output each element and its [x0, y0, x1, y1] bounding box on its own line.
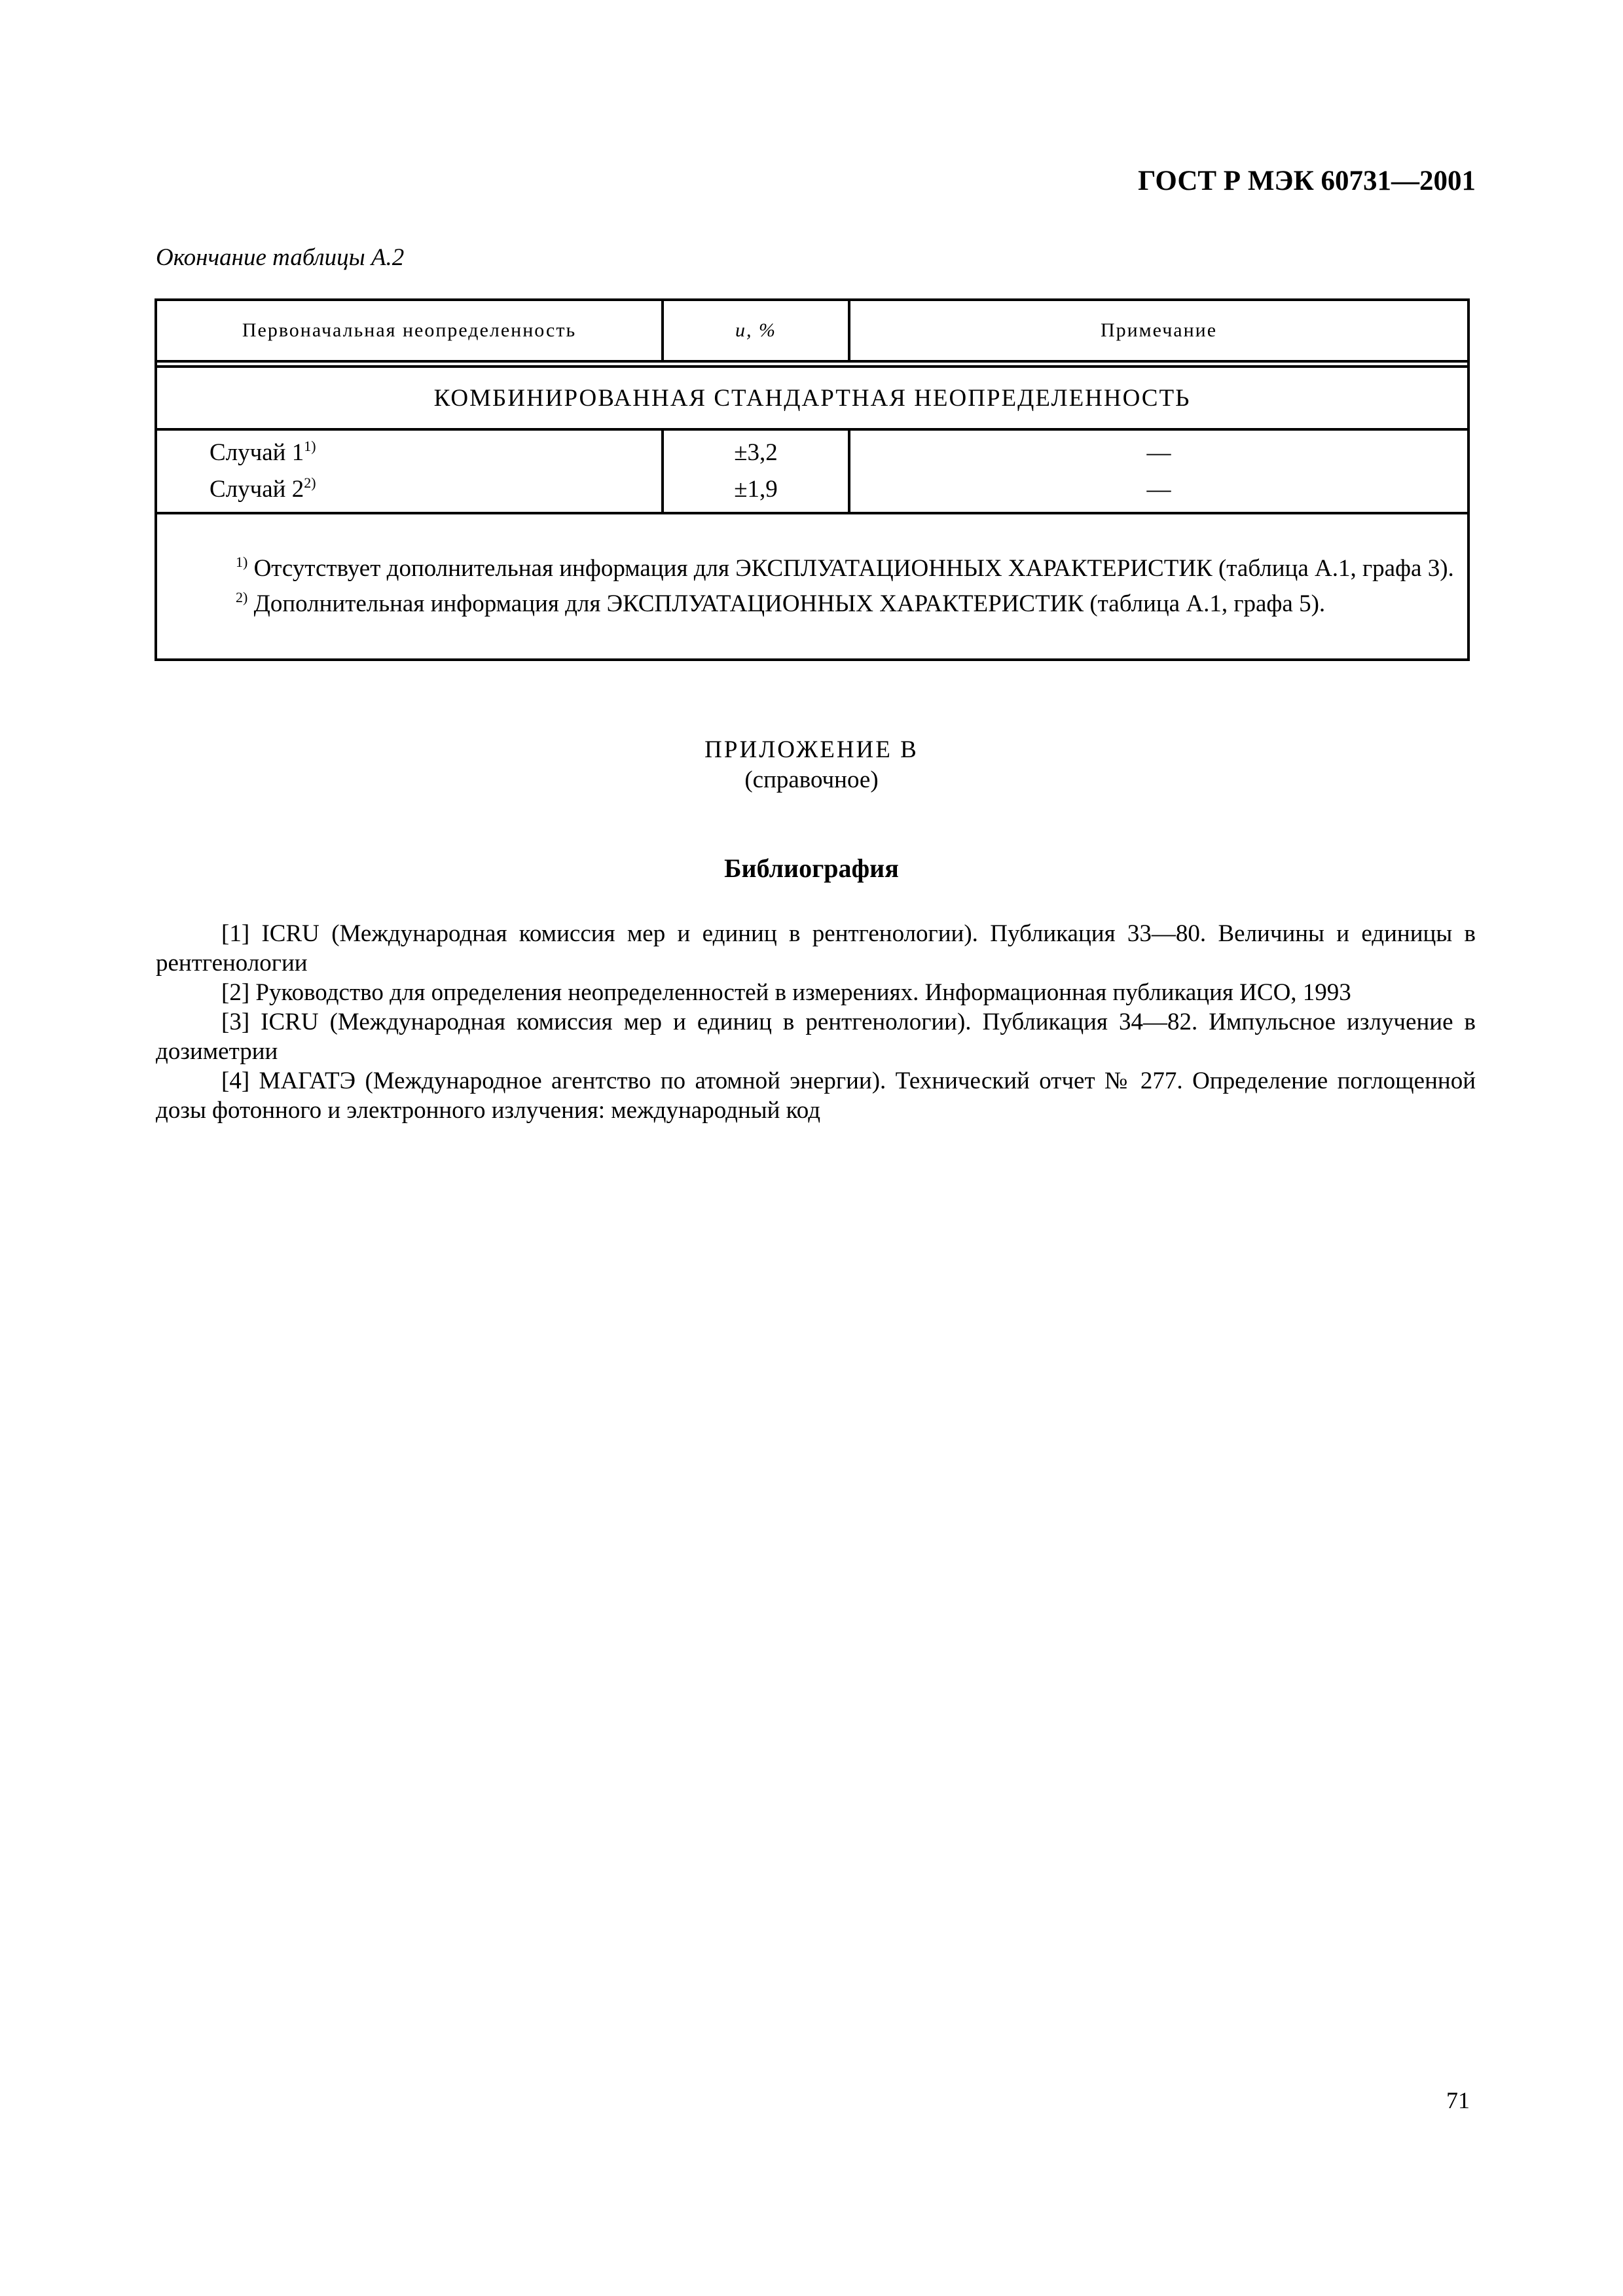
table-row-case-1: Случай 11): [210, 435, 661, 471]
column-header-u-percent: u, %: [663, 300, 849, 361]
footnote-2: 2) Дополнительная информация для ЭКСПЛУА…: [157, 586, 1467, 622]
header-double-rule: [156, 361, 1468, 367]
bibliography-list: [1] ICRU (Международная комиссия мер и е…: [156, 919, 1476, 1125]
note-value: —: [850, 435, 1467, 471]
combined-uncertainty-title: КОМБИНИРОВАННАЯ СТАНДАРТНАЯ НЕОПРЕДЕЛЕНН…: [156, 367, 1468, 429]
case-label: Случай 1: [210, 439, 304, 466]
footnote-mark: 2): [236, 589, 247, 605]
bibliography-heading: Библиография: [0, 853, 1623, 884]
u-value-cell: ±3,2 ±1,9: [663, 429, 849, 513]
uncertainty-table: Первоначальная неопределенность u, % При…: [155, 298, 1470, 661]
footnote-text: Отсутствует дополнительная информация дл…: [254, 555, 1454, 582]
table-footnotes-row: 1) Отсутствует дополнительная информация…: [156, 513, 1468, 660]
footnote-mark: 1): [304, 438, 316, 454]
footnote-text: Дополнительная информация для ЭКСПЛУАТАЦ…: [254, 590, 1326, 617]
bibliography-item: [2] Руководство для определения неопреде…: [156, 978, 1476, 1007]
footnote-1: 1) Отсутствует дополнительная информация…: [157, 551, 1467, 586]
table-caption: Окончание таблицы А.2: [156, 243, 404, 272]
section-title-row: КОМБИНИРОВАННАЯ СТАНДАРТНАЯ НЕОПРЕДЕЛЕНН…: [156, 367, 1468, 429]
table-header-row: Первоначальная неопределенность u, % При…: [156, 300, 1468, 361]
table-data-row: Случай 11) Случай 22) ±3,2 ±1,9 — —: [156, 429, 1468, 513]
note-cell: — —: [849, 429, 1468, 513]
bibliography-item: [1] ICRU (Международная комиссия мер и е…: [156, 919, 1476, 978]
annex-subtitle: (справочное): [0, 766, 1623, 794]
page-number: 71: [1446, 2087, 1470, 2114]
footnote-mark: 2): [304, 475, 316, 491]
bibliography-item: [3] ICRU (Международная комиссия мер и е…: [156, 1007, 1476, 1066]
case-label: Случай 2: [210, 476, 304, 503]
note-value: —: [850, 471, 1467, 508]
annex-title: ПРИЛОЖЕНИЕ В: [0, 736, 1623, 764]
table-row-case-2: Случай 22): [210, 471, 661, 508]
document-code-header: ГОСТ Р МЭК 60731—2001: [1138, 165, 1476, 197]
bibliography-item: [4] МАГАТЭ (Международное агентство по а…: [156, 1066, 1476, 1125]
footnotes-cell: 1) Отсутствует дополнительная информация…: [156, 513, 1468, 660]
u-value: ±3,2: [664, 435, 848, 471]
case-cell: Случай 11) Случай 22): [156, 429, 663, 513]
footnote-mark: 1): [236, 554, 247, 570]
column-header-initial-uncertainty: Первоначальная неопределенность: [156, 300, 663, 361]
column-header-note: Примечание: [849, 300, 1468, 361]
u-value: ±1,9: [664, 471, 848, 508]
